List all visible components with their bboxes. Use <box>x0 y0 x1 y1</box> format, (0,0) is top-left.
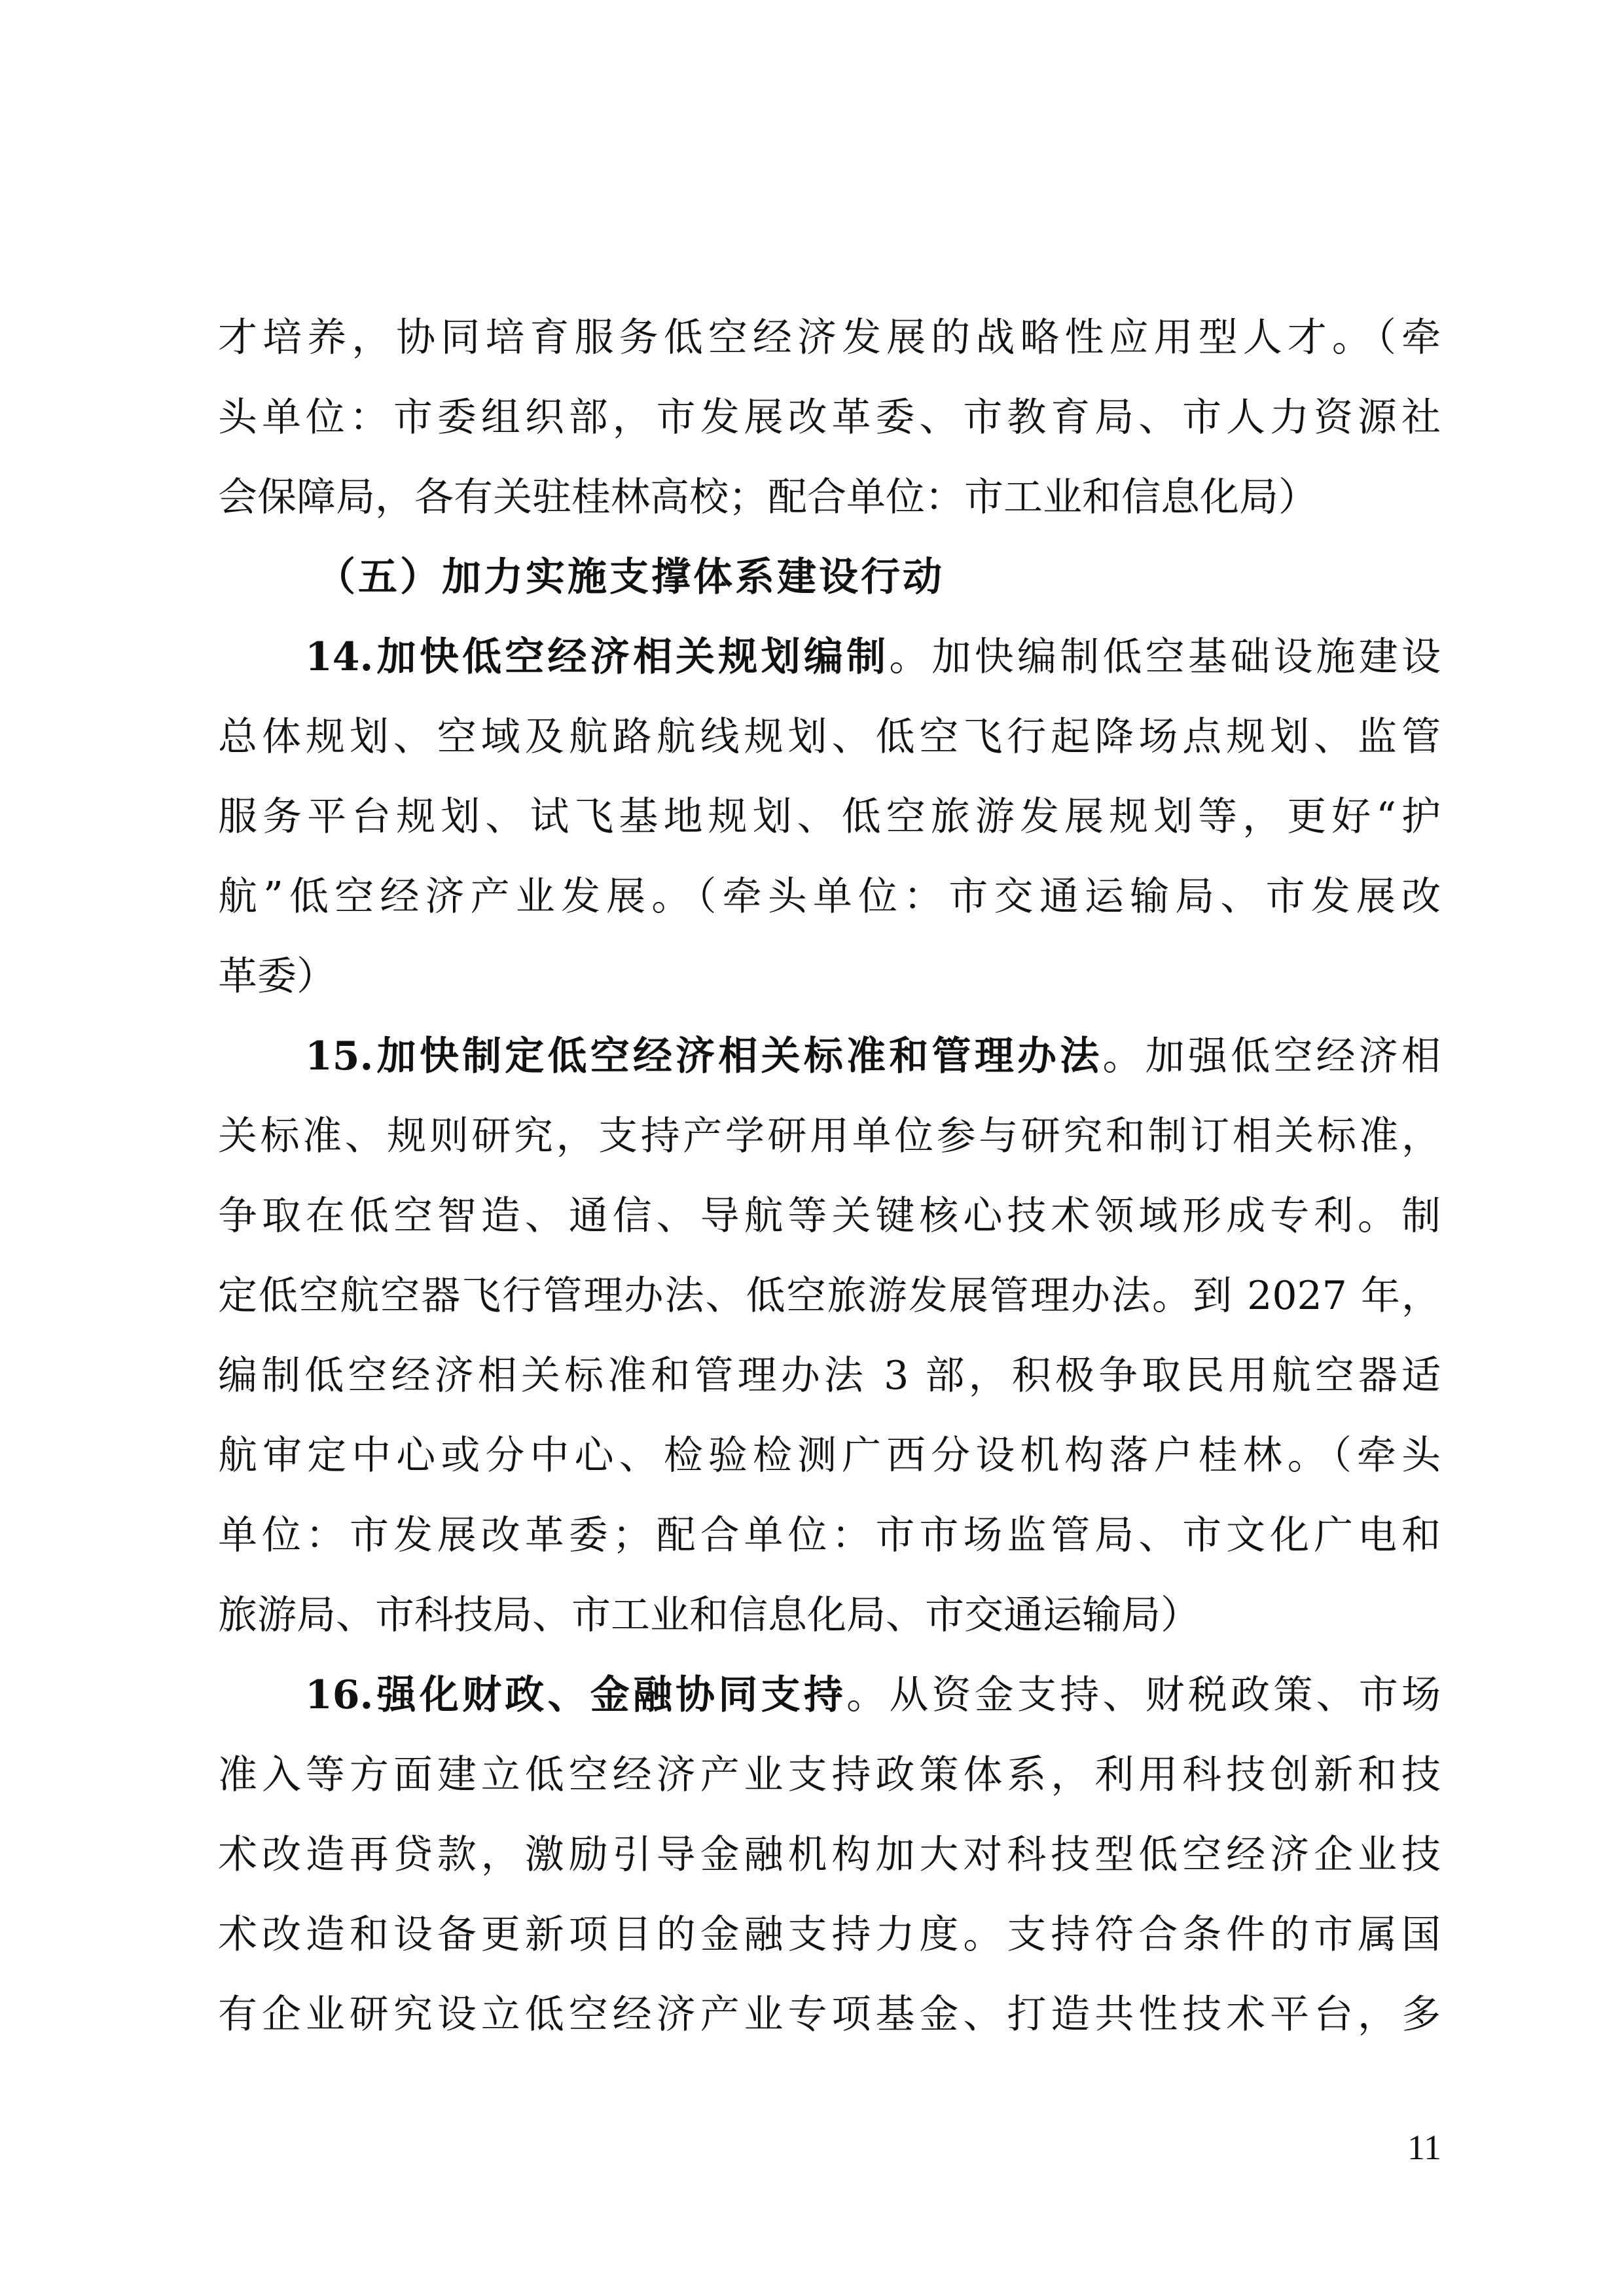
body-text-line: 旅游局、市科技局、市工业和信息化局、市交通运输局） <box>218 1575 1441 1655</box>
item-16-title: 强化财政、金融协同支持 <box>373 1672 846 1718</box>
item-15-first-line: 15.加快制定低空经济相关标准和管理办法。加强低空经济相 <box>218 1016 1441 1096</box>
body-text-line: 准入等方面建立低空经济产业支持政策体系，利用科技创新和技 <box>218 1735 1441 1815</box>
document-page: 才培养，协同培育服务低空经济发展的战略性应用型人才。（牵 头单位：市委组织部，市… <box>0 0 1624 2296</box>
body-text-line: 服务平台规划、试飞基地规划、低空旅游发展规划等，更好“护 <box>218 777 1441 857</box>
body-text-line: 总体规划、空域及航路航线规划、低空飞行起降场点规划、监管 <box>218 697 1441 777</box>
item-14-text: 。加快编制低空基础设施建设 <box>889 634 1441 680</box>
body-text-line: 术改造再贷款，激励引导金融机构加大对科技型低空经济企业技 <box>218 1815 1441 1895</box>
body-text-line: 才培养，协同培育服务低空经济发展的战略性应用型人才。（牵 <box>218 298 1441 378</box>
body-text-line: 会保障局，各有关驻桂林高校；配合单位：市工业和信息化局） <box>218 457 1441 537</box>
item-14-title: 加快低空经济相关规划编制 <box>373 634 889 680</box>
body-text-line: 有企业研究设立低空经济产业专项基金、打造共性技术平台，多 <box>218 1975 1441 2054</box>
item-15-title: 加快制定低空经济相关标准和管理办法 <box>373 1033 1102 1079</box>
body-text-line: 革委） <box>218 937 1441 1016</box>
body-text-line: 关标准、规则研究，支持产学研用单位参与研究和制订相关标准， <box>218 1096 1441 1176</box>
body-text-line: 编制低空经济相关标准和管理办法 3 部，积极争取民用航空器适 <box>218 1336 1441 1416</box>
body-text-line: 定低空航空器飞行管理办法、低空旅游发展管理办法。到 2027 年， <box>218 1256 1441 1336</box>
item-16-text: 。从资金支持、财税政策、市场 <box>846 1672 1441 1718</box>
document-body: 才培养，协同培育服务低空经济发展的战略性应用型人才。（牵 头单位：市委组织部，市… <box>218 298 1441 2054</box>
section-heading: （五）加力实施支撑体系建设行动 <box>218 537 1441 617</box>
body-text-line: 术改造和设备更新项目的金融支持力度。支持符合条件的市属国 <box>218 1895 1441 1975</box>
body-text-line: 头单位：市委组织部，市发展改革委、市教育局、市人力资源社 <box>218 378 1441 457</box>
item-16-first-line: 16.强化财政、金融协同支持。从资金支持、财税政策、市场 <box>218 1655 1441 1735</box>
item-15-number: 15. <box>305 1033 373 1079</box>
body-text-line: 单位：市发展改革委；配合单位：市市场监管局、市文化广电和 <box>218 1496 1441 1575</box>
item-14-first-line: 14.加快低空经济相关规划编制。加快编制低空基础设施建设 <box>218 617 1441 697</box>
body-text-line: 航”低空经济产业发展。（牵头单位：市交通运输局、市发展改 <box>218 857 1441 937</box>
body-text-line: 争取在低空智造、通信、导航等关键核心技术领域形成专利。制 <box>218 1176 1441 1256</box>
body-text-line: 航审定中心或分中心、检验检测广西分设机构落户桂林。（牵头 <box>218 1416 1441 1496</box>
item-15-text: 。加强低空经济相 <box>1102 1033 1441 1079</box>
page-number: 11 <box>1407 2127 1441 2168</box>
item-16-number: 16. <box>305 1672 373 1718</box>
item-14-number: 14. <box>305 634 373 680</box>
